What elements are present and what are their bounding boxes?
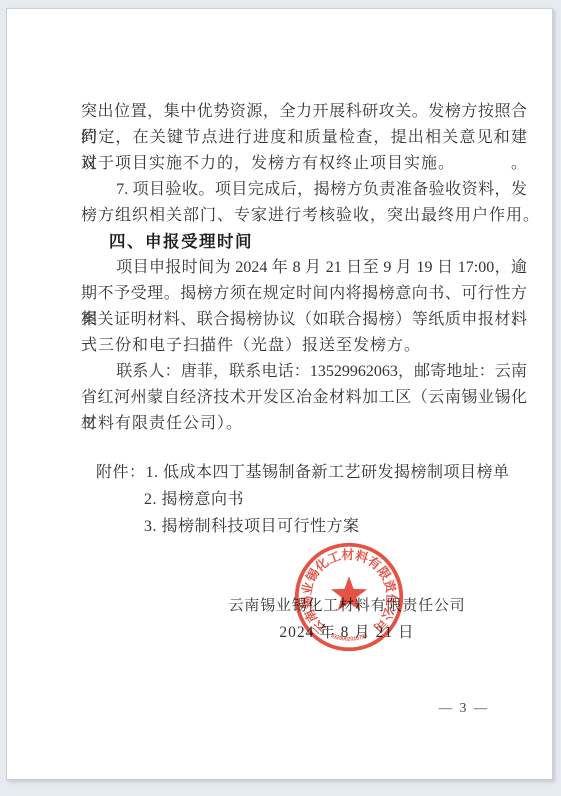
signature-company: 云南锡业锡化工材料有限责任公司 — [161, 594, 533, 615]
document-body: 突出位置，集中优势资源，全力开展科研攻关。发榜方按照合同 约定，在关键节点进行进… — [81, 99, 527, 437]
scanned-document-view: 突出位置，集中优势资源，全力开展科研攻关。发榜方按照合同 约定，在关键节点进行进… — [0, 0, 561, 796]
attachments-list: 附件：1. 低成本四丁基锡制备新工艺研发揭榜制项目榜单 2. 揭榜意向书 3. … — [96, 459, 526, 540]
attachment-item: 附件：1. 低成本四丁基锡制备新工艺研发揭榜制项目榜单 — [96, 459, 526, 486]
attachment-item: 2. 揭榜意向书 — [96, 486, 526, 513]
body-line: 7. 项目验收。项目完成后，揭榜方负责准备验收资料，发 — [81, 177, 527, 203]
section-heading: 四、申报受理时间 — [81, 229, 527, 255]
signature-date: 2024 年 8 月 21 日 — [161, 620, 533, 642]
body-line: 约定，在关键节点进行进度和质量检查，提出相关意见和建议。 — [81, 125, 527, 151]
body-line: 期不予受理。揭榜方须在规定时间内将揭榜意向书、可行性方案、 — [81, 281, 527, 307]
body-line: 项目申报时间为 2024 年 8 月 21 日至 9 月 19 日 17:00，… — [81, 255, 527, 281]
body-line: 突出位置，集中优势资源，全力开展科研攻关。发榜方按照合同 — [81, 99, 527, 125]
body-line: 相关证明材料、联合揭榜协议（如联合揭榜）等纸质申报材料一 — [81, 307, 527, 333]
body-line: 材料有限责任公司）。 — [81, 411, 527, 437]
attachment-item-text: 3. 揭榜制科技项目可行性方案 — [144, 513, 360, 540]
page-number: — 3 — — [421, 700, 507, 716]
attachment-item-text: 2. 揭榜意向书 — [144, 486, 244, 513]
body-line: 榜方组织相关部门、专家进行考核验收，突出最终用户作用。 — [81, 203, 527, 229]
document-page: 突出位置，集中优势资源，全力开展科研攻关。发榜方按照合同 约定，在关键节点进行进… — [6, 8, 553, 780]
attachment-item: 3. 揭榜制科技项目可行性方案 — [96, 513, 526, 540]
body-line: 联系人：唐菲，联系电话：13529962063，邮寄地址：云南 — [81, 359, 527, 385]
attachment-item-text: 1. 低成本四丁基锡制备新工艺研发揭榜制项目榜单 — [146, 464, 510, 481]
body-line: 省红河州蒙自经济技术开发区冶金材料加工区（云南锡业锡化工 — [81, 385, 527, 411]
attachments-label: 附件： — [96, 464, 146, 481]
body-line: 式三份和电子扫描件（光盘）报送至发榜方。 — [81, 333, 527, 359]
